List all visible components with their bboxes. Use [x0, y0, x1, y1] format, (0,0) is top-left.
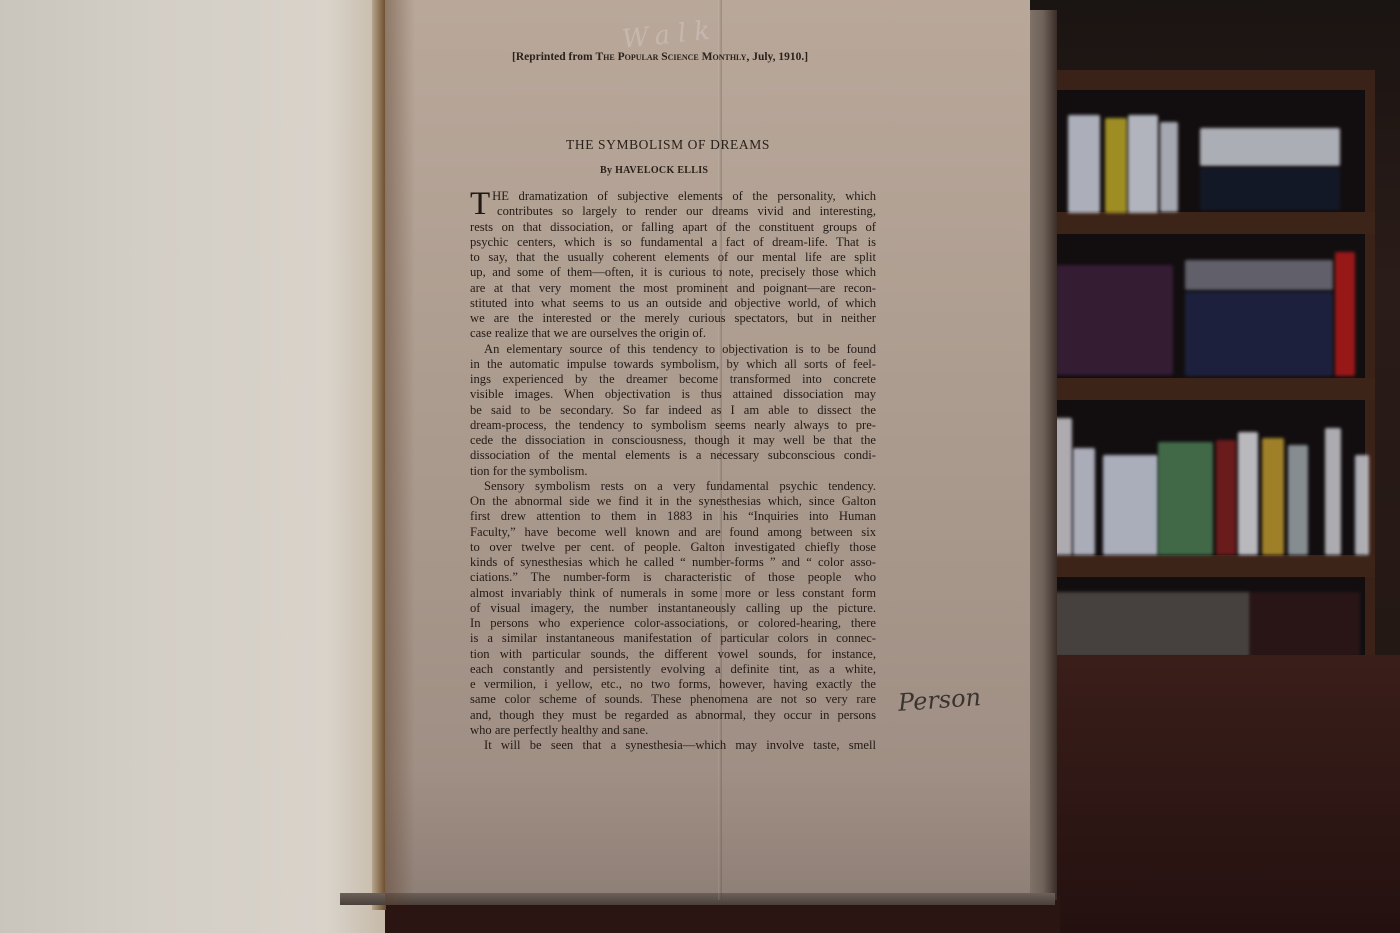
- text-line: up, and some of them—often, it is curiou…: [470, 265, 876, 280]
- text-line: we are the interested or the merely curi…: [470, 311, 876, 326]
- paragraph-4: It will be seen that a synesthesia—which…: [470, 738, 876, 753]
- reprint-notice: [Reprinted from The Popular Science Mont…: [512, 51, 808, 63]
- book: [1068, 115, 1100, 213]
- book: [1200, 128, 1340, 166]
- text-line: ciations.” The number-form is characteri…: [470, 570, 876, 585]
- text-line: e vermilion, i yellow, etc., no two form…: [470, 677, 876, 692]
- shelf-board: [1005, 212, 1375, 234]
- text-line: rests on that dissociation, or falling a…: [470, 220, 876, 235]
- text-line: are at that very moment the most promine…: [470, 281, 876, 296]
- book: [1055, 265, 1173, 375]
- left-blank-page: [0, 0, 385, 933]
- text-line: cede the dissociation in consciousness, …: [470, 433, 876, 448]
- text-line: in the automatic impulse towards symboli…: [470, 357, 876, 372]
- book: [1040, 592, 1250, 657]
- handwritten-margin-note: Person: [897, 683, 982, 717]
- book: [1288, 445, 1308, 555]
- text-line: first drew attention to them in 1883 in …: [470, 509, 876, 524]
- publication-name: The Popular Science Monthly: [595, 51, 746, 63]
- text-line: to say, that the usually coherent elemen…: [470, 250, 876, 265]
- book: [1073, 448, 1095, 555]
- text-line: psychic centers, which is so fundamental…: [470, 235, 876, 250]
- text-line: On the abnormal side we find it in the s…: [470, 494, 876, 509]
- book: [1185, 292, 1333, 376]
- text-line: visible images. When objectivation is th…: [470, 387, 876, 402]
- text-line: tion for the symbolism.: [470, 464, 876, 479]
- book: [1128, 115, 1158, 213]
- text-line: almost invariably think of numerals in s…: [470, 586, 876, 601]
- book: [1200, 168, 1340, 210]
- book: [1238, 432, 1258, 555]
- text-line: stituted into what seems to us an outsid…: [470, 296, 876, 311]
- book: [1250, 592, 1360, 657]
- text-line: of visual imagery, the number instantane…: [470, 601, 876, 616]
- book: [1158, 442, 1213, 555]
- text-line: case realize that we are ourselves the o…: [470, 326, 876, 341]
- shelf-board: [1005, 555, 1375, 577]
- text-line: same color scheme of sounds. These pheno…: [470, 692, 876, 707]
- text-line: is a similar instantaneous manifestation…: [470, 631, 876, 646]
- book: [1105, 118, 1127, 213]
- book: [1325, 428, 1341, 555]
- text-line: An elementary source of this tendency to…: [470, 342, 876, 357]
- text-line: and, though they must be regarded as abn…: [470, 708, 876, 723]
- shelf-board: [1005, 378, 1375, 400]
- text-line: ings experienced by the dreamer become t…: [470, 372, 876, 387]
- text-line: who are perfectly healthy and sane.: [470, 723, 876, 738]
- text-line: contributes so largely to render our dre…: [470, 204, 876, 219]
- text-line: In persons who experience color-associat…: [470, 616, 876, 631]
- text-line: kinds of synesthesias which he called “ …: [470, 555, 876, 570]
- text-line: each constantly and persistently evolvin…: [470, 662, 876, 677]
- book: [1160, 122, 1178, 212]
- paragraph-1: T HE dramatization of subjective element…: [470, 189, 876, 342]
- book: [1335, 252, 1355, 376]
- article-body: T HE dramatization of subjective element…: [470, 189, 876, 753]
- paragraph-2: An elementary source of this tendency to…: [470, 342, 876, 479]
- text-line: to over twelve per cent. of people. Galt…: [470, 540, 876, 555]
- paragraph-3: Sensory symbolism rests on a very fundam…: [470, 479, 876, 738]
- text-line: tion with particular sounds, the differe…: [470, 647, 876, 662]
- text-line: dissociation of the mental elements is a…: [470, 448, 876, 463]
- book: [1355, 455, 1369, 555]
- text-line: dream-process, the tendency to symbolism…: [470, 418, 876, 433]
- text-line: be said to be secondary. So far indeed a…: [470, 403, 876, 418]
- book: [1185, 260, 1333, 290]
- drop-cap: T: [470, 190, 490, 218]
- text-line: Faculty,” have become well known and are…: [470, 525, 876, 540]
- text-line: Sensory symbolism rests on a very fundam…: [470, 479, 876, 494]
- page-bottom-edge: [340, 893, 1055, 905]
- article-title: THE SYMBOLISM OF DREAMS: [566, 137, 770, 153]
- reprint-prefix: [Reprinted from: [512, 51, 593, 63]
- text-line: HE dramatization of subjective elements …: [470, 189, 876, 204]
- gutter-shadow: [385, 0, 415, 905]
- reprint-date: , July, 1910.]: [746, 51, 808, 63]
- page-gutter: [372, 0, 386, 910]
- text-line: It will be seen that a synesthesia—which…: [470, 738, 876, 753]
- book: [1216, 440, 1236, 555]
- book: [1103, 455, 1158, 555]
- article-byline: By HAVELOCK ELLIS: [600, 165, 708, 176]
- book: [1262, 438, 1284, 555]
